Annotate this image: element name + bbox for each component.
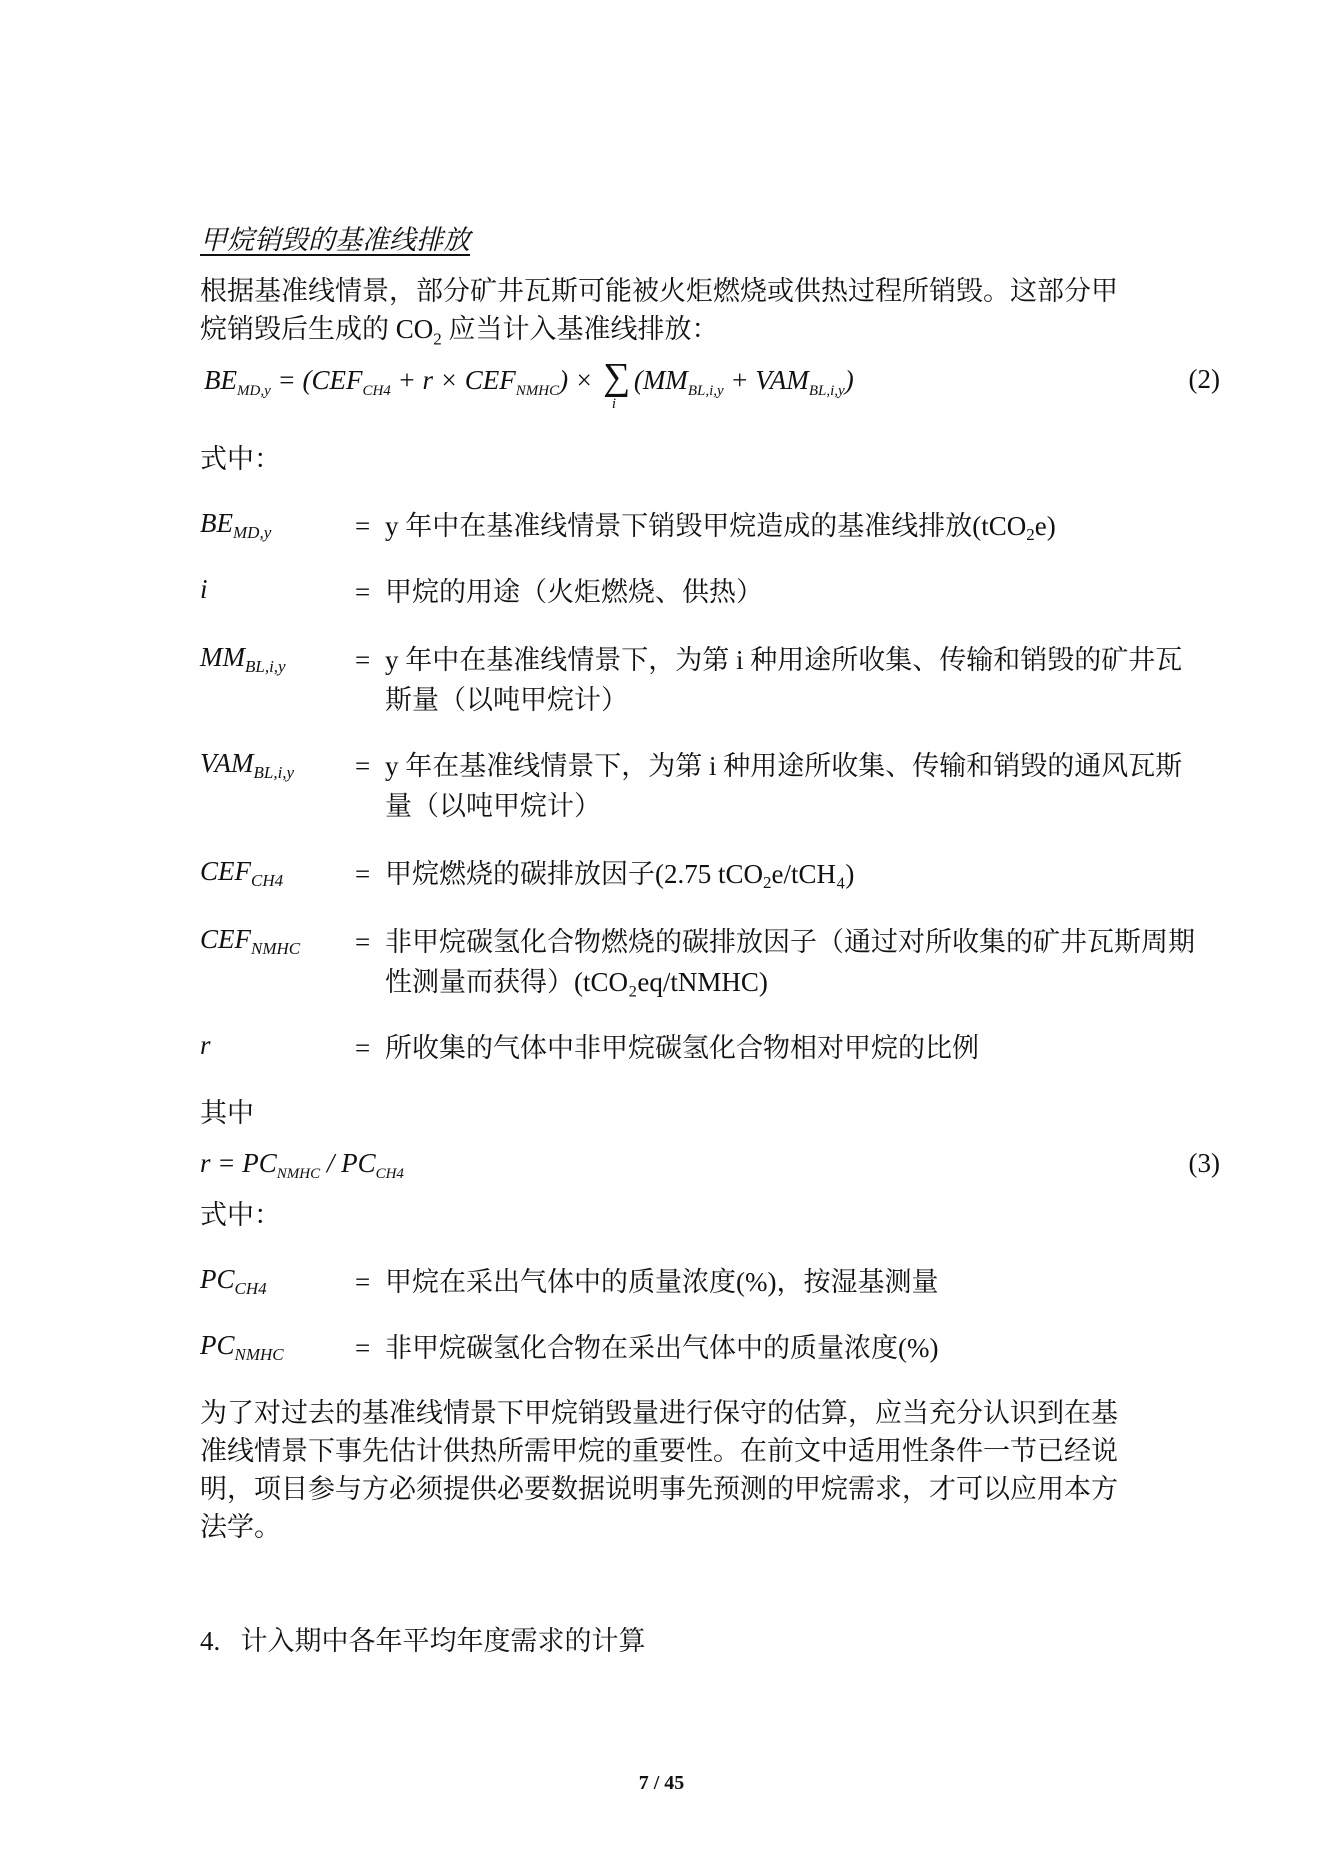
intro-paragraph: 根据基准线情景，部分矿井瓦斯可能被火炬燃烧或供热过程所销毁。这部分甲 烷销毁后生… — [200, 272, 1120, 358]
var-vam-bl-i-y: VAMBL,i,y — [200, 748, 294, 783]
def-pc-nmhc: =非甲烷碳氢化合物在采出气体中的质量浓度(%) — [355, 1328, 1195, 1368]
intro-line-1: 根据基准线情景，部分矿井瓦斯可能被火炬燃烧或供热过程所销毁。这部分甲 — [200, 272, 1120, 310]
var-pc-ch4: PCCH4 — [200, 1264, 267, 1299]
among-label: 其中 — [200, 1094, 254, 1132]
var-mm-bl-i-y: MMBL,i,y — [200, 642, 286, 677]
page-number: 7 / 45 — [0, 1772, 1323, 1795]
where-label-2: 式中： — [200, 1196, 281, 1234]
def-i: =甲烷的用途（火炬燃烧、供热） — [355, 572, 1195, 612]
def-mm-bl-i-y: =y 年中在基准线情景下，为第 i 种用途所收集、传输和销毁的矿井瓦斯量（以吨甲… — [355, 640, 1195, 720]
section-heading: 甲烷销毁的基准线排放 — [200, 218, 470, 257]
conclusion-paragraph: 为了对过去的基准线情景下甲烷销毁量进行保守的估算，应当充分认识到在基 准线情景下… — [200, 1394, 1120, 1546]
var-cef-ch4: CEFCH4 — [200, 856, 283, 891]
equation-number-2: (2) — [1189, 364, 1220, 395]
equation-3: r = PCNMHC / PCCH4 — [200, 1148, 404, 1183]
def-vam-bl-i-y: =y 年在基准线情景下，为第 i 种用途所收集、传输和销毁的通风瓦斯量（以吨甲烷… — [355, 746, 1195, 826]
def-r: =所收集的气体中非甲烷碳氢化合物相对甲烷的比例 — [355, 1028, 1195, 1068]
def-cef-ch4: =甲烷燃烧的碳排放因子(2.75 tCO2e/tCH₄) — [355, 854, 1195, 903]
section-4-heading: 4. 计入期中各年平均年度需求的计算 — [200, 1622, 646, 1660]
summation-symbol: ∑i — [600, 362, 634, 396]
def-pc-ch4: =甲烷在采出气体中的质量浓度(%)，按湿基测量 — [355, 1262, 1195, 1302]
def-cef-nmhc: =非甲烷碳氢化合物燃烧的碳排放因子（通过对所收集的矿井瓦斯周期性测量而获得）(t… — [355, 922, 1195, 1002]
equation-2: BEMD,y = (CEFCH4 + r × CEFNMHC) × ∑i(MMB… — [204, 362, 854, 400]
var-pc-nmhc: PCNMHC — [200, 1330, 284, 1365]
var-i: i — [200, 574, 208, 605]
def-be-md-y: =y 年中在基准线情景下销毁甲烷造成的基准线排放(tCO2e) — [355, 506, 1195, 555]
var-r: r — [200, 1030, 211, 1061]
var-be-md-y: BEMD,y — [200, 508, 271, 543]
equation-number-3: (3) — [1189, 1148, 1220, 1179]
var-cef-nmhc: CEFNMHC — [200, 924, 300, 959]
where-label: 式中： — [200, 440, 281, 478]
intro-line-2: 烷销毁后生成的 CO2 应当计入基准线排放： — [200, 310, 1120, 358]
